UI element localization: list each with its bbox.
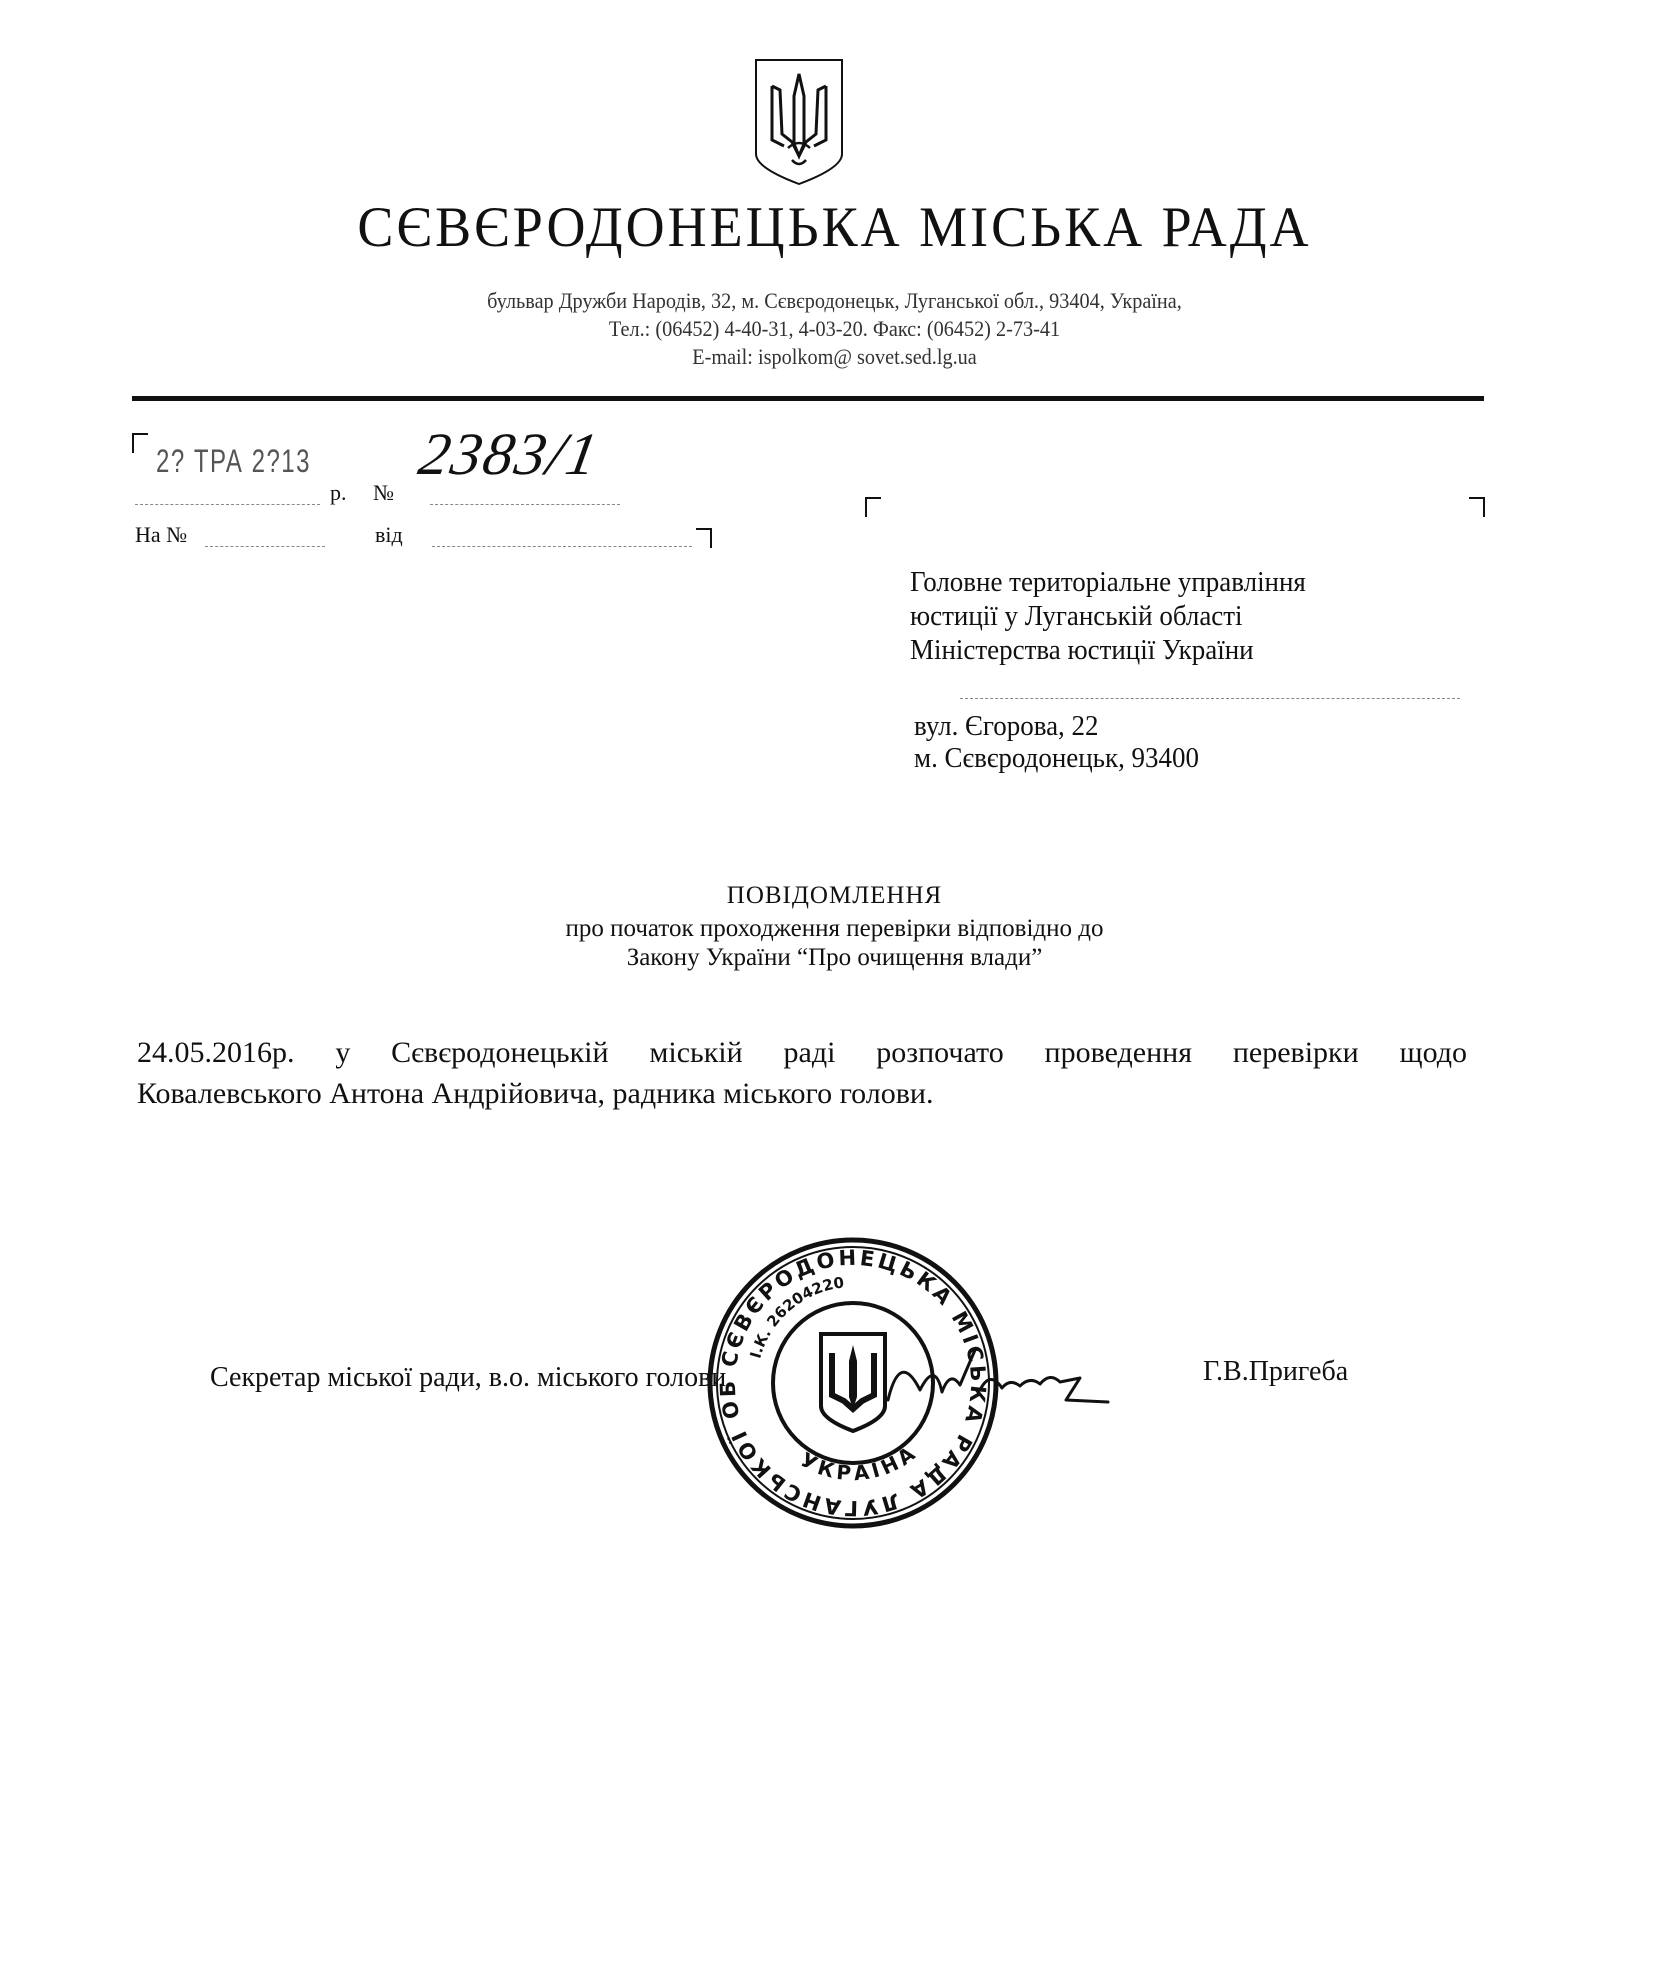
recipient-street: вул. Єгорова, 22	[914, 710, 1099, 743]
recipient-line: Головне територіальне управління	[910, 566, 1306, 599]
date-suffix: р.	[330, 480, 347, 506]
signatory-name: Г.В.Пригеба	[1203, 1356, 1348, 1388]
number-underline	[430, 503, 620, 505]
body-text-line: 24.05.2016р. у Сєвєродонецькій міській р…	[137, 1036, 1467, 1070]
reply-number-underline	[205, 545, 325, 547]
notice-subtitle: про початок проходження перевірки відпов…	[0, 915, 1669, 943]
header-divider	[132, 396, 1484, 401]
recipient-line: Міністерства юстиції України	[910, 634, 1254, 667]
phone-line: Тел.: (06452) 4-40-31, 4-03-20. Факс: (0…	[67, 316, 1602, 342]
organization-title: СЄВЄРОДОНЕЦЬКА МІСЬКА РАДА	[0, 194, 1669, 259]
coat-of-arms-icon	[752, 56, 846, 186]
from-date-underline	[432, 545, 692, 547]
from-label: від	[375, 522, 403, 548]
seal-bottom-text: УКРАЇНА	[797, 1439, 923, 1485]
corner-bracket	[696, 528, 712, 548]
recipient-city: м. Сєвєродонецьк, 93400	[914, 742, 1199, 775]
number-label: №	[373, 480, 394, 506]
seal-coat-of-arms-icon	[821, 1334, 885, 1431]
handwritten-signature	[880, 1340, 1120, 1420]
notice-title: ПОВІДОМЛЕННЯ	[0, 882, 1669, 910]
svg-text:УКРАЇНА: УКРАЇНА	[797, 1439, 923, 1485]
date-underline	[135, 503, 320, 505]
registration-number: 2383/1	[414, 420, 605, 489]
notice-subtitle: Закону України “Про очищення влади”	[0, 944, 1669, 972]
address-line: бульвар Дружби Народів, 32, м. Сєвєродон…	[67, 288, 1602, 314]
recipient-underline	[960, 697, 1460, 699]
body-text-line: Ковалевського Антона Андрійовича, радник…	[137, 1077, 1467, 1111]
signatory-position: Секретар міської ради, в.о. міського гол…	[210, 1362, 726, 1394]
recipient-line: юстиції у Луганській області	[910, 600, 1243, 633]
registration-date-stamp: 2? ТРА 2?13	[156, 443, 311, 480]
corner-bracket	[865, 497, 881, 517]
reply-to-label: На №	[135, 522, 187, 548]
email-line: E-mail: ispolkom@ sovet.sed.lg.ua	[67, 344, 1602, 370]
corner-bracket	[1469, 497, 1485, 517]
corner-bracket	[132, 433, 148, 453]
